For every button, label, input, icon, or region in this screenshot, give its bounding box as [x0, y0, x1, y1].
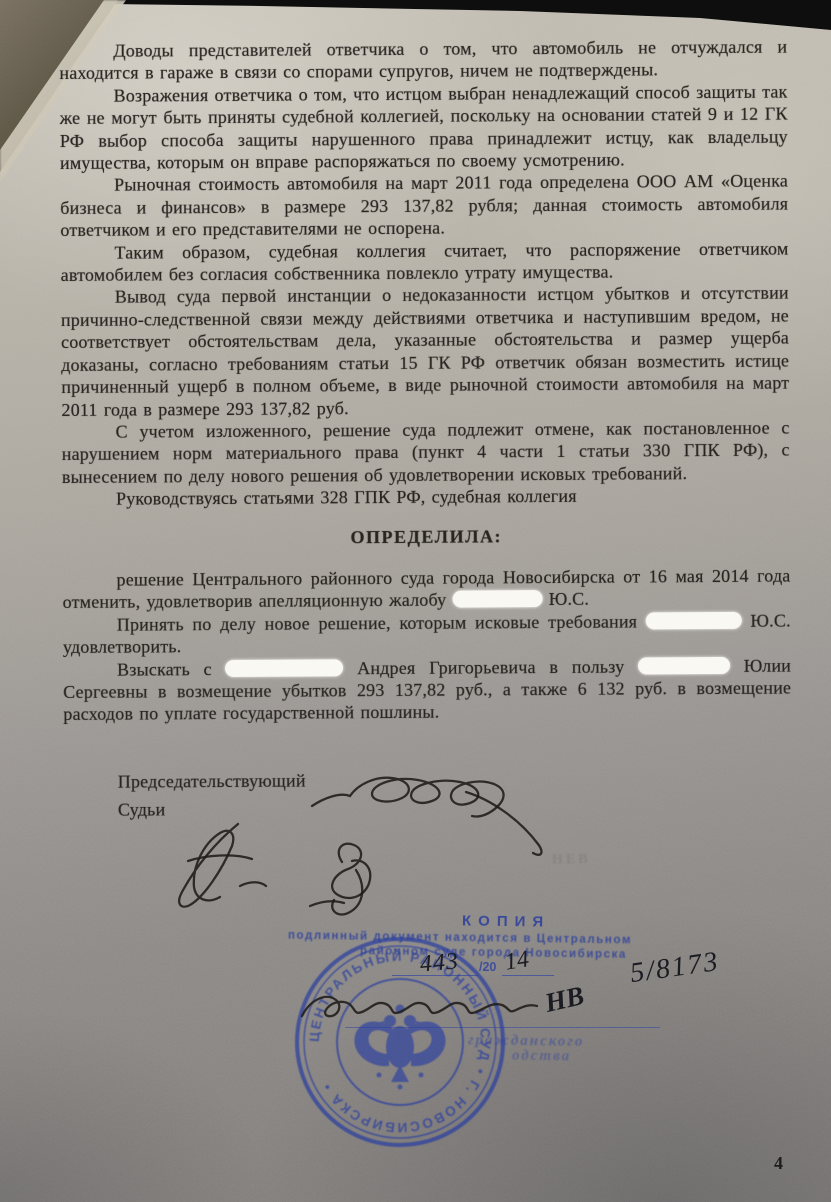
scanned-court-document-page: Доводы представителей ответчика о том, ч… — [0, 0, 831, 1202]
clerk-title-fragment-2: одства — [512, 1048, 571, 1066]
operative-paragraphs: решение Центрального районного суда горо… — [62, 564, 791, 725]
paragraph: Принять по делу новое решение, которым и… — [63, 609, 791, 658]
paragraph: Таким образом, судебная коллегия считает… — [60, 237, 788, 286]
paragraph: решение Центрального районного суда горо… — [62, 564, 790, 613]
paragraph: Доводы представителей ответчика о том, ч… — [59, 36, 787, 85]
redaction-blob — [225, 659, 343, 677]
document-text-column: Доводы представителей ответчика о том, ч… — [59, 36, 792, 824]
handwritten-reference-number: 5/8173 — [628, 946, 721, 990]
paragraph: Вывод суда первой инстанции о недоказанн… — [61, 282, 790, 421]
reasoning-paragraphs: Доводы представителей ответчика о том, ч… — [59, 36, 790, 511]
double-headed-eagle-emblem — [354, 1005, 445, 1090]
bleed-through-ghost-text: НЕВ — [552, 852, 591, 869]
paragraph: Рыночная стоимость автомобиля на март 20… — [60, 170, 788, 242]
handwritten-case-number: 443 — [419, 948, 460, 978]
page-number: 4 — [774, 1153, 783, 1174]
paragraph: С учетом изложенного, решение суда подле… — [62, 416, 790, 488]
judge-signature-2 — [310, 844, 370, 915]
photo-background-top-edge — [0, 0, 831, 30]
paragraph: Руководствуясь статьями 328 ГПК РФ, суде… — [62, 484, 790, 511]
ruling-heading: ОПРЕДЕЛИЛА: — [62, 523, 790, 550]
copy-stamp-title: КОПИЯ — [462, 912, 550, 930]
redaction-blob — [646, 612, 742, 630]
paragraph: Возражения ответчика о том, что истцом в… — [59, 80, 788, 174]
handwritten-year: 14 — [503, 946, 531, 976]
court-seal: ЦЕНТРАЛЬНЫЙ РАЙОННЫЙ СУД • Г. НОВОСИБИРС… — [293, 935, 507, 1149]
judge-signature-1 — [179, 824, 266, 907]
paragraph: Взыскать с Андрея Григорьевича в пользу … — [63, 654, 791, 726]
signature-block: Председательствующий Судьи — [64, 763, 792, 823]
redaction-blob — [453, 590, 543, 608]
redaction-blob — [638, 656, 730, 674]
judges-label: Судьи — [118, 791, 792, 823]
presiding-judge-label: Председательствующий — [118, 763, 792, 795]
handwritten-initials: НВ — [542, 980, 587, 1019]
